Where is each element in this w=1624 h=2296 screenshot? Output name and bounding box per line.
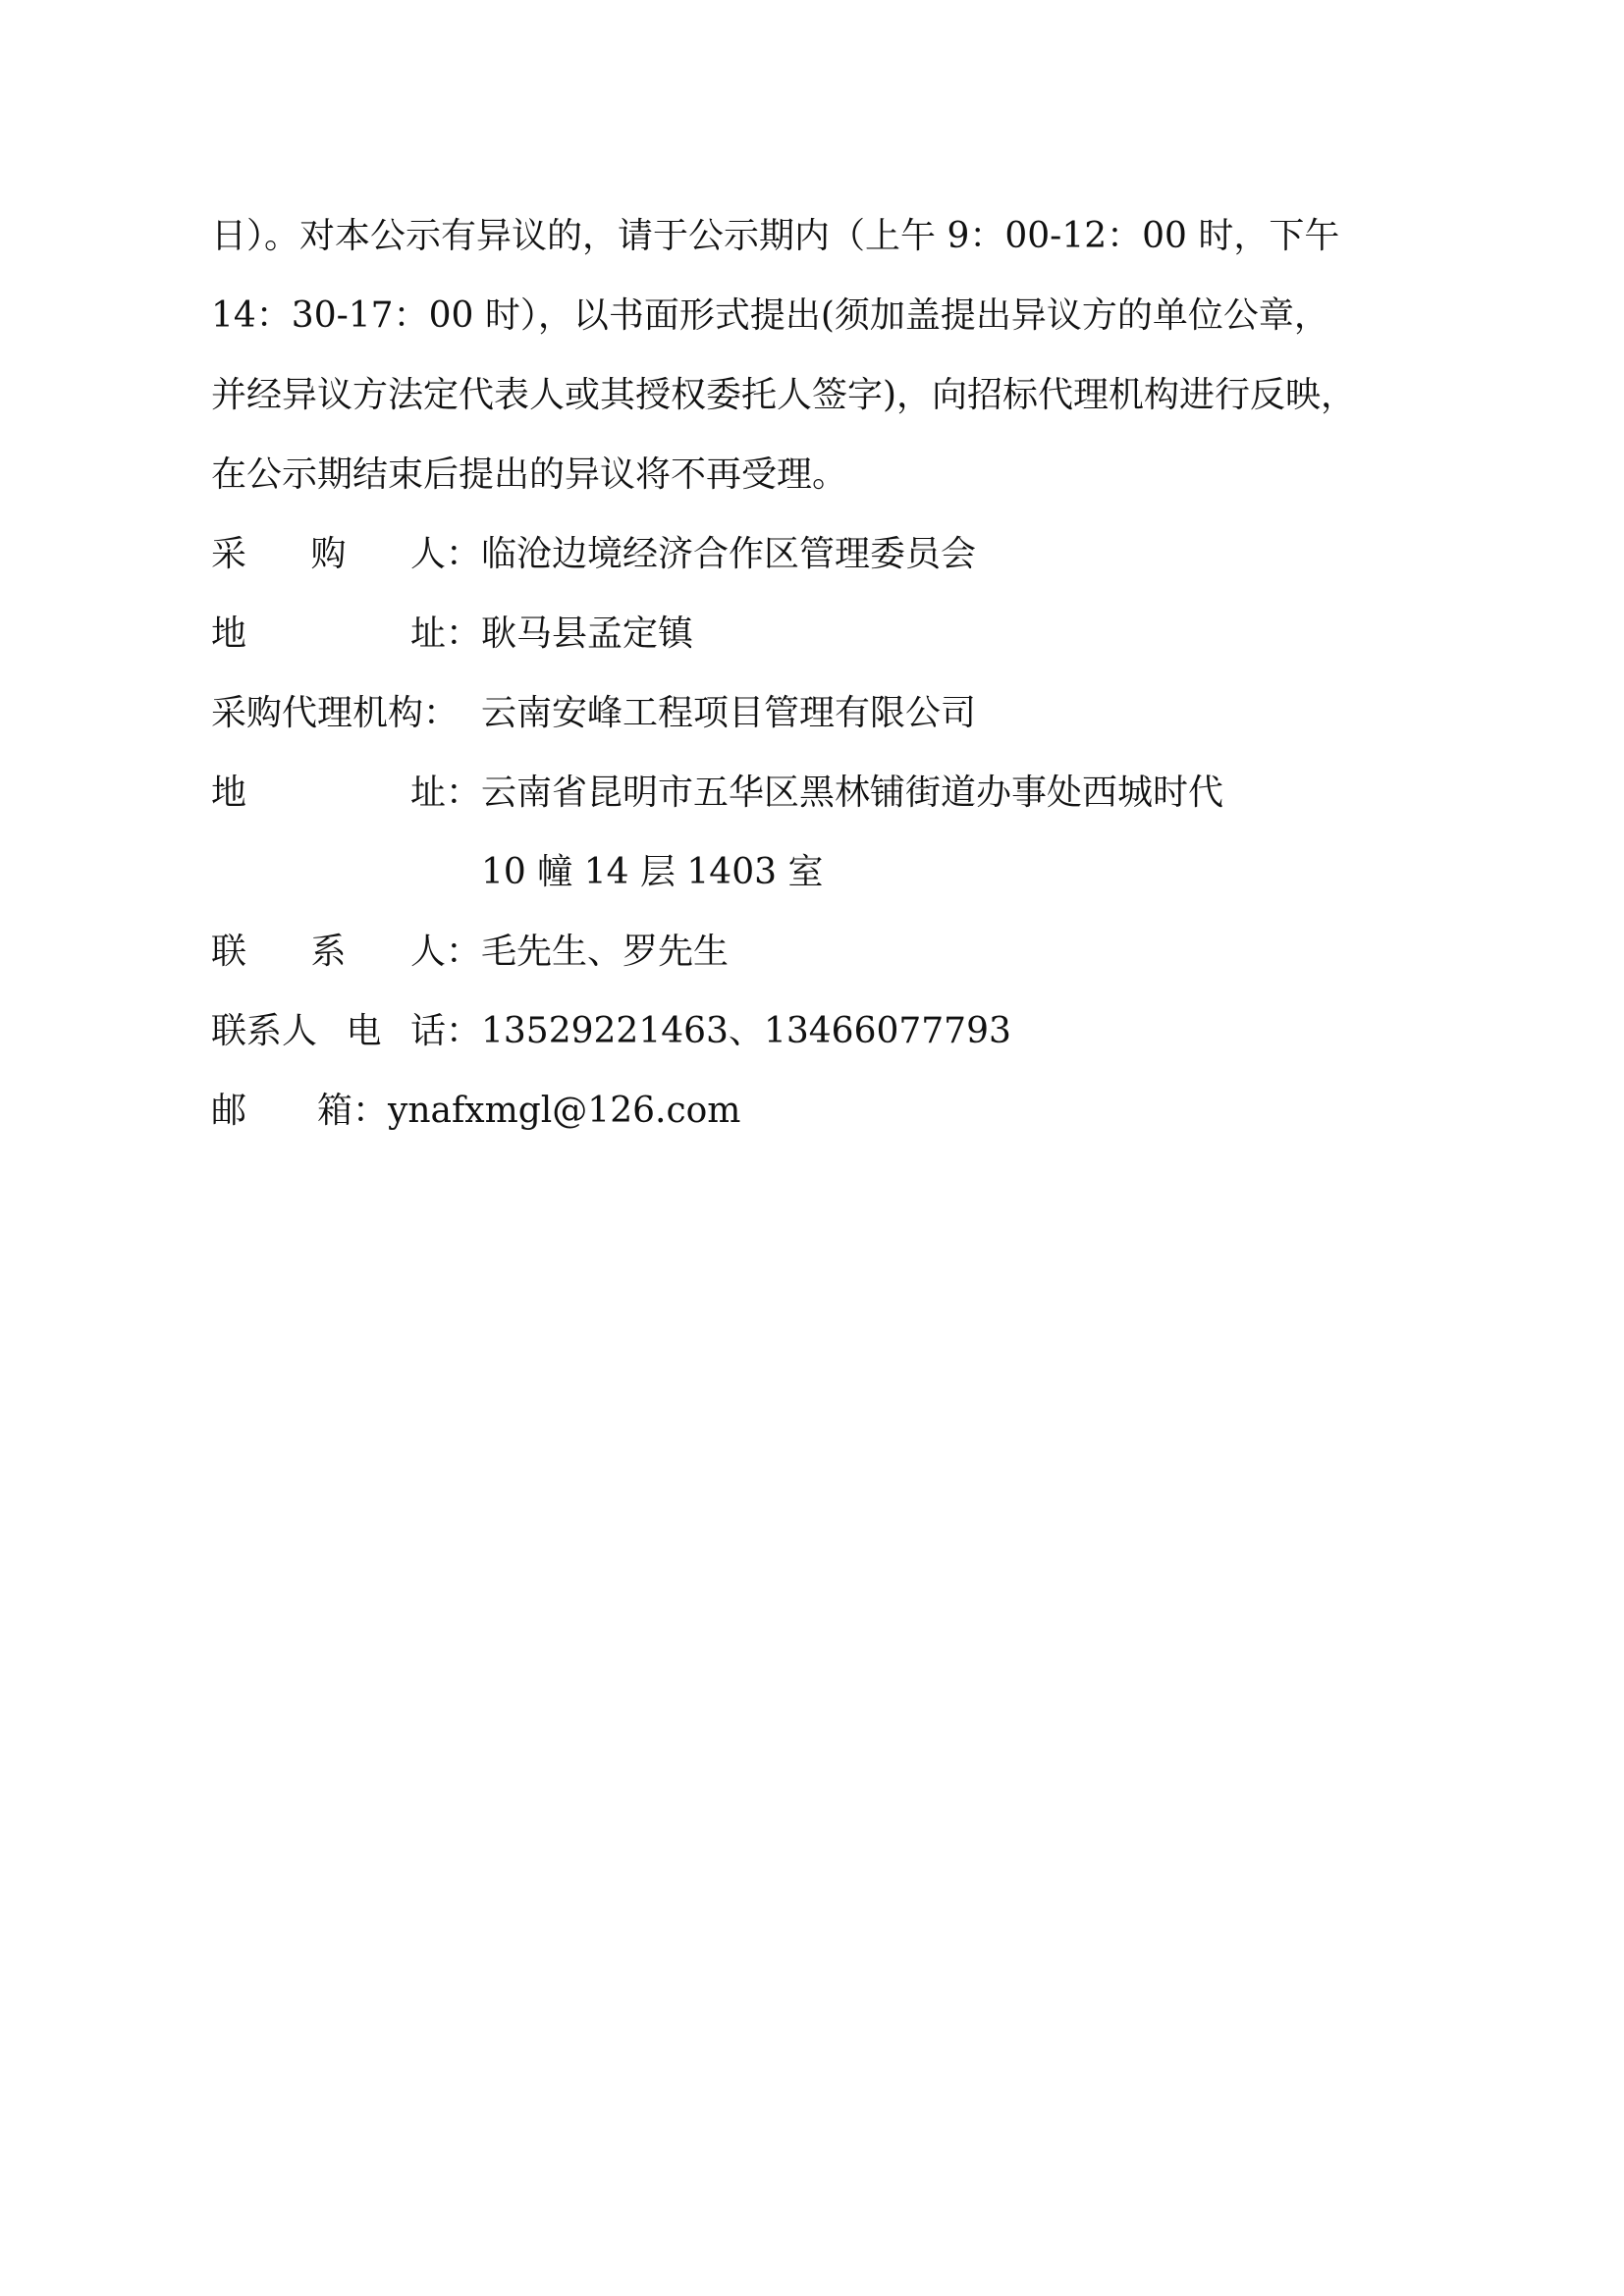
notice-line: 14：30-17：00 时），以书面形式提出(须加盖提出异议方的单位公章，	[211, 276, 1429, 355]
purchaser-value: 临沧边境经济合作区管理委员会	[481, 514, 976, 594]
address-label: 地 址：	[211, 594, 481, 673]
phone-row: 联系人 电 话： 13529221463、13466077793	[211, 991, 1429, 1071]
document-page: 日）。对本公示有异议的，请于公示期内（上午 9：00-12：00 时，下午 14…	[211, 196, 1429, 1150]
label-char: 系	[310, 912, 346, 991]
agency-value: 云南安峰工程项目管理有限公司	[481, 673, 976, 753]
contact-person-value: 毛先生、罗先生	[481, 912, 729, 991]
label-char: 话：	[410, 991, 481, 1071]
purchaser-address-value: 耿马县孟定镇	[481, 594, 693, 673]
notice-line: 在公示期结束后提出的异议将不再受理。	[211, 435, 1429, 514]
agency-address-continuation: 10 幢 14 层 1403 室	[211, 832, 1429, 912]
label-char: 人：	[410, 912, 481, 991]
email-value: ynafxmgl@126.com	[388, 1071, 740, 1150]
label-char: 联系人	[211, 991, 317, 1071]
purchaser-row: 采 购 人： 临沧边境经济合作区管理委员会	[211, 514, 1429, 594]
label-char: 地	[211, 753, 246, 832]
agency-label: 采购代理机构：	[211, 673, 481, 753]
notice-line: 日）。对本公示有异议的，请于公示期内（上午 9：00-12：00 时，下午	[211, 196, 1429, 276]
label-char: 电	[346, 991, 381, 1071]
label-char: 采	[211, 514, 246, 594]
label-char: 址：	[410, 753, 481, 832]
phone-value: 13529221463、13466077793	[481, 991, 1011, 1071]
label-char: 人：	[410, 514, 481, 594]
phone-label: 联系人 电 话：	[211, 991, 481, 1071]
label-char: 邮	[211, 1071, 246, 1150]
label-char: 箱：	[317, 1071, 388, 1150]
purchaser-label: 采 购 人：	[211, 514, 481, 594]
address-label: 地 址：	[211, 753, 481, 832]
contact-info: 采 购 人： 临沧边境经济合作区管理委员会 地 址： 耿马县孟定镇 采购代理机构…	[211, 514, 1429, 1150]
objection-notice: 日）。对本公示有异议的，请于公示期内（上午 9：00-12：00 时，下午 14…	[211, 196, 1429, 514]
notice-line: 并经异议方法定代表人或其授权委托人签字)，向招标代理机构进行反映，	[211, 355, 1429, 435]
agency-row: 采购代理机构： 云南安峰工程项目管理有限公司	[211, 673, 1429, 753]
email-row: 邮 箱： ynafxmgl@126.com	[211, 1071, 1429, 1150]
label-char: 联	[211, 912, 246, 991]
contact-person-row: 联 系 人： 毛先生、罗先生	[211, 912, 1429, 991]
contact-person-label: 联 系 人：	[211, 912, 481, 991]
label-char: 采购代理机构：	[211, 673, 459, 753]
label-char: 地	[211, 594, 246, 673]
agency-address-row: 地 址： 云南省昆明市五华区黑林铺街道办事处西城时代	[211, 753, 1429, 832]
label-char: 购	[310, 514, 346, 594]
agency-address-value: 云南省昆明市五华区黑林铺街道办事处西城时代	[481, 753, 1223, 832]
label-char: 址：	[410, 594, 481, 673]
email-label: 邮 箱：	[211, 1071, 388, 1150]
purchaser-address-row: 地 址： 耿马县孟定镇	[211, 594, 1429, 673]
